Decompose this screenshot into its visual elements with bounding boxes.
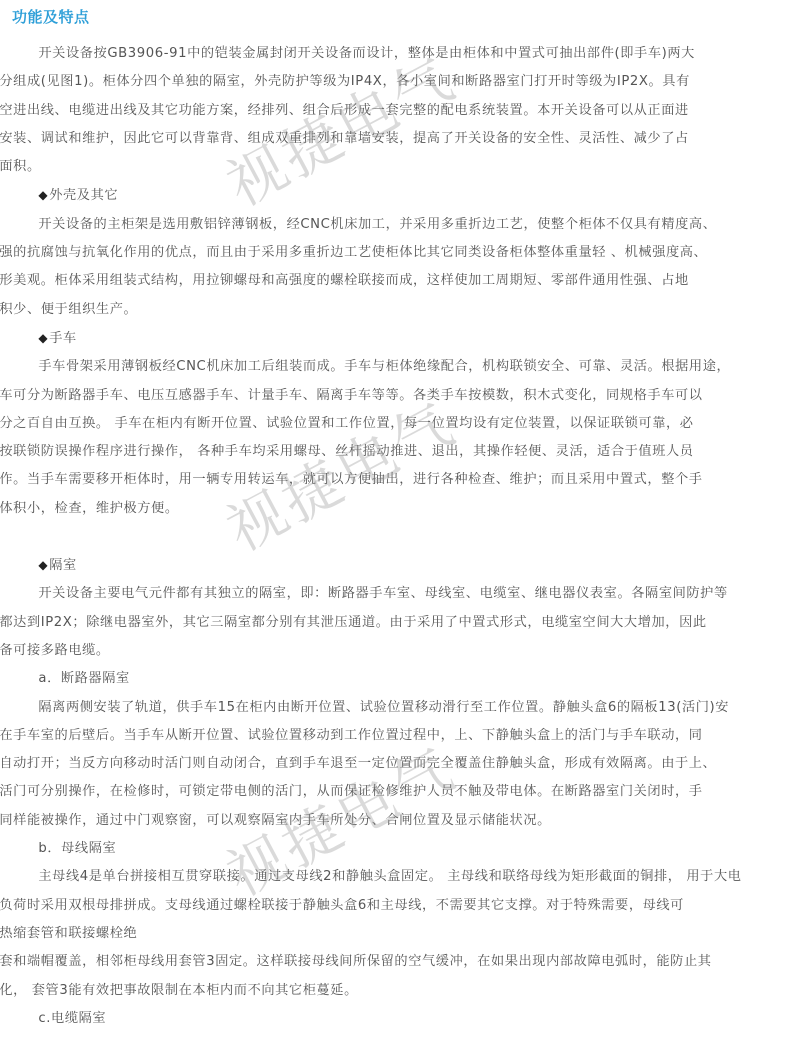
subsection-heading-breaker-room: a．断路器隔室 xyxy=(12,665,777,693)
text-line: 隔离两侧安装了轨道，供手车15在柜内由断开位置、试验位置移动滑行至工作位置。静触… xyxy=(12,694,777,722)
text-line: 设备可接多路电缆。 xyxy=(12,637,777,665)
subsection-heading-cable-room: c.电缆隔室 xyxy=(12,1005,777,1033)
text-line: 流负荷时采用双根母排拼成。支母线通过螺栓联接于静触头盒6和主母线，不需要其它支撑… xyxy=(12,892,777,920)
diamond-bullet-icon: ◆ xyxy=(38,324,48,352)
page-title: 功能及特点 xyxy=(12,6,90,27)
breaker-room-paragraph: 隔离两侧安装了轨道，供手车15在柜内由断开位置、试验位置移动滑行至工作位置。静触… xyxy=(12,694,777,835)
text-line: 熔化， 套管3能有效把事故限制在本柜内而不向其它柜蔓延。 xyxy=(12,977,777,1005)
text-line: 时自动打开；当反方向移动时活门则自动闭合，直到手车退至一定位置而完全覆盖住静触头… xyxy=(12,750,777,778)
text-line: 开关设备按GB3906-91中的铠装金属封闭开关设备而设计，整体是由柜体和中置式… xyxy=(12,40,777,68)
text-line: 很强的抗腐蚀与抗氧化作用的优点，而且由于采用多重折边工艺使柜体比其它同类设备柜体… xyxy=(12,239,777,267)
text-line: 架空进出线、电缆进出线及其它功能方案，经排列、组合后形成一套完整的配电系统装置。… xyxy=(12,97,777,125)
text-line: 开关设备主要电气元件都有其独立的隔室，即：断路器手车室、母线室、电缆室、继电器仪… xyxy=(12,580,777,608)
section-heading-handcart: ◆手车 xyxy=(12,324,777,353)
section-heading-enclosure: ◆外壳及其它 xyxy=(12,181,777,210)
text-line: 须按联锁防误操作程序进行操作， 各种手车均采用螺母、丝杆摇动推进、退出，其操作轻… xyxy=(12,438,777,466)
text-line: 开关设备的主柜架是选用敷铝锌薄钢板，经CNC机床加工，并采用多重折边工艺，使整个… xyxy=(12,211,777,239)
text-line: 地面积。 xyxy=(12,153,777,181)
section-heading-label: 隔室 xyxy=(49,558,77,573)
diamond-bullet-icon: ◆ xyxy=(38,551,48,579)
intro-paragraph: 开关设备按GB3906-91中的铠装金属封闭开关设备而设计，整体是由柜体和中置式… xyxy=(12,40,777,181)
text-line: 手车可分为断路器手车、电压互感器手车、计量手车、隔离手车等等。各类手车按模数，积… xyxy=(12,382,777,410)
text-line: 下活门可分别操作，在检修时，可锁定带电侧的活门，从而保证检修维护人员不触及带电体… xyxy=(12,778,777,806)
section-heading-label: 外壳及其它 xyxy=(49,188,118,203)
spacer xyxy=(12,523,777,551)
document-body: 开关设备按GB3906-91中的铠装金属封闭开关设备而设计，整体是由柜体和中置式… xyxy=(12,40,777,1033)
text-line: 外形美观。柜体采用组装式结构，用拉铆螺母和高强度的螺栓联接而成，这样使加工周期短… xyxy=(12,267,777,295)
text-line: 操作。当手车需要移开柜体时，用一辆专用转运车，就可以方便抽出，进行各种检查、维护… xyxy=(12,466,777,494)
diamond-bullet-icon: ◆ xyxy=(38,181,48,209)
document-page: 功能及特点 开关设备按GB3906-91中的铠装金属封闭开关设备而设计，整体是由… xyxy=(0,0,795,1061)
section-heading-compartment: ◆隔室 xyxy=(12,551,777,580)
compartment-paragraph: 开关设备主要电气元件都有其独立的隔室，即：断路器手车室、母线室、电缆室、继电器仪… xyxy=(12,580,777,665)
busbar-room-paragraph: 主母线4是单台拼接相互贯穿联接。通过支母线2和静触头盒固定。 主母线和联络母线为… xyxy=(12,863,777,1004)
handcart-paragraph: 手车骨架采用薄钢板经CNC机床加工后组装而成。手车与柜体绝缘配合，机构联锁安全、… xyxy=(12,353,777,523)
text-line: 装在手车室的后壁后。当手车从断开位置、试验位置移动到工作位置过程中，上、下静触头… xyxy=(12,722,777,750)
text-line: 部分组成(见图1)。柜体分四个单独的隔室，外壳防护等级为IP4X，各小室间和断路… xyxy=(12,68,777,96)
text-line: 车体积小，检查，维护极方便。 xyxy=(12,495,777,523)
text-line: 级都达到IP2X；除继电器室外，其它三隔室都分别有其泄压通道。由于采用了中置式形… xyxy=(12,609,777,637)
text-line: 面积少、便于组织生产。 xyxy=(12,296,777,324)
text-line: 用热缩套管和联接螺栓绝 xyxy=(12,920,777,948)
enclosure-paragraph: 开关设备的主柜架是选用敷铝锌薄钢板，经CNC机床加工，并采用多重折边工艺，使整个… xyxy=(12,211,777,324)
text-line: 百分之百自由互换。 手车在柜内有断开位置、试验位置和工作位置，每一位置均设有定位… xyxy=(12,410,777,438)
text-line: 手车骨架采用薄钢板经CNC机床加工后组装而成。手车与柜体绝缘配合，机构联锁安全、… xyxy=(12,353,777,381)
section-heading-label: 手车 xyxy=(49,331,77,346)
text-line: 主母线4是单台拼接相互贯穿联接。通过支母线2和静触头盒固定。 主母线和联络母线为… xyxy=(12,863,777,891)
subsection-heading-busbar-room: b．母线隔室 xyxy=(12,835,777,863)
text-line: 缘套和端帽覆盖，相邻柜母线用套管3固定。这样联接母线间所保留的空气缓冲，在如果出… xyxy=(12,948,777,976)
text-line: 行安装、调试和维护，因此它可以背靠背、组成双重排列和靠墙安装，提高了开关设备的安… xyxy=(12,125,777,153)
text-line: 车同样能被操作，通过中门观察窗，可以观察隔室内手车所处分、合闸位置及显示储能状况… xyxy=(12,807,777,835)
